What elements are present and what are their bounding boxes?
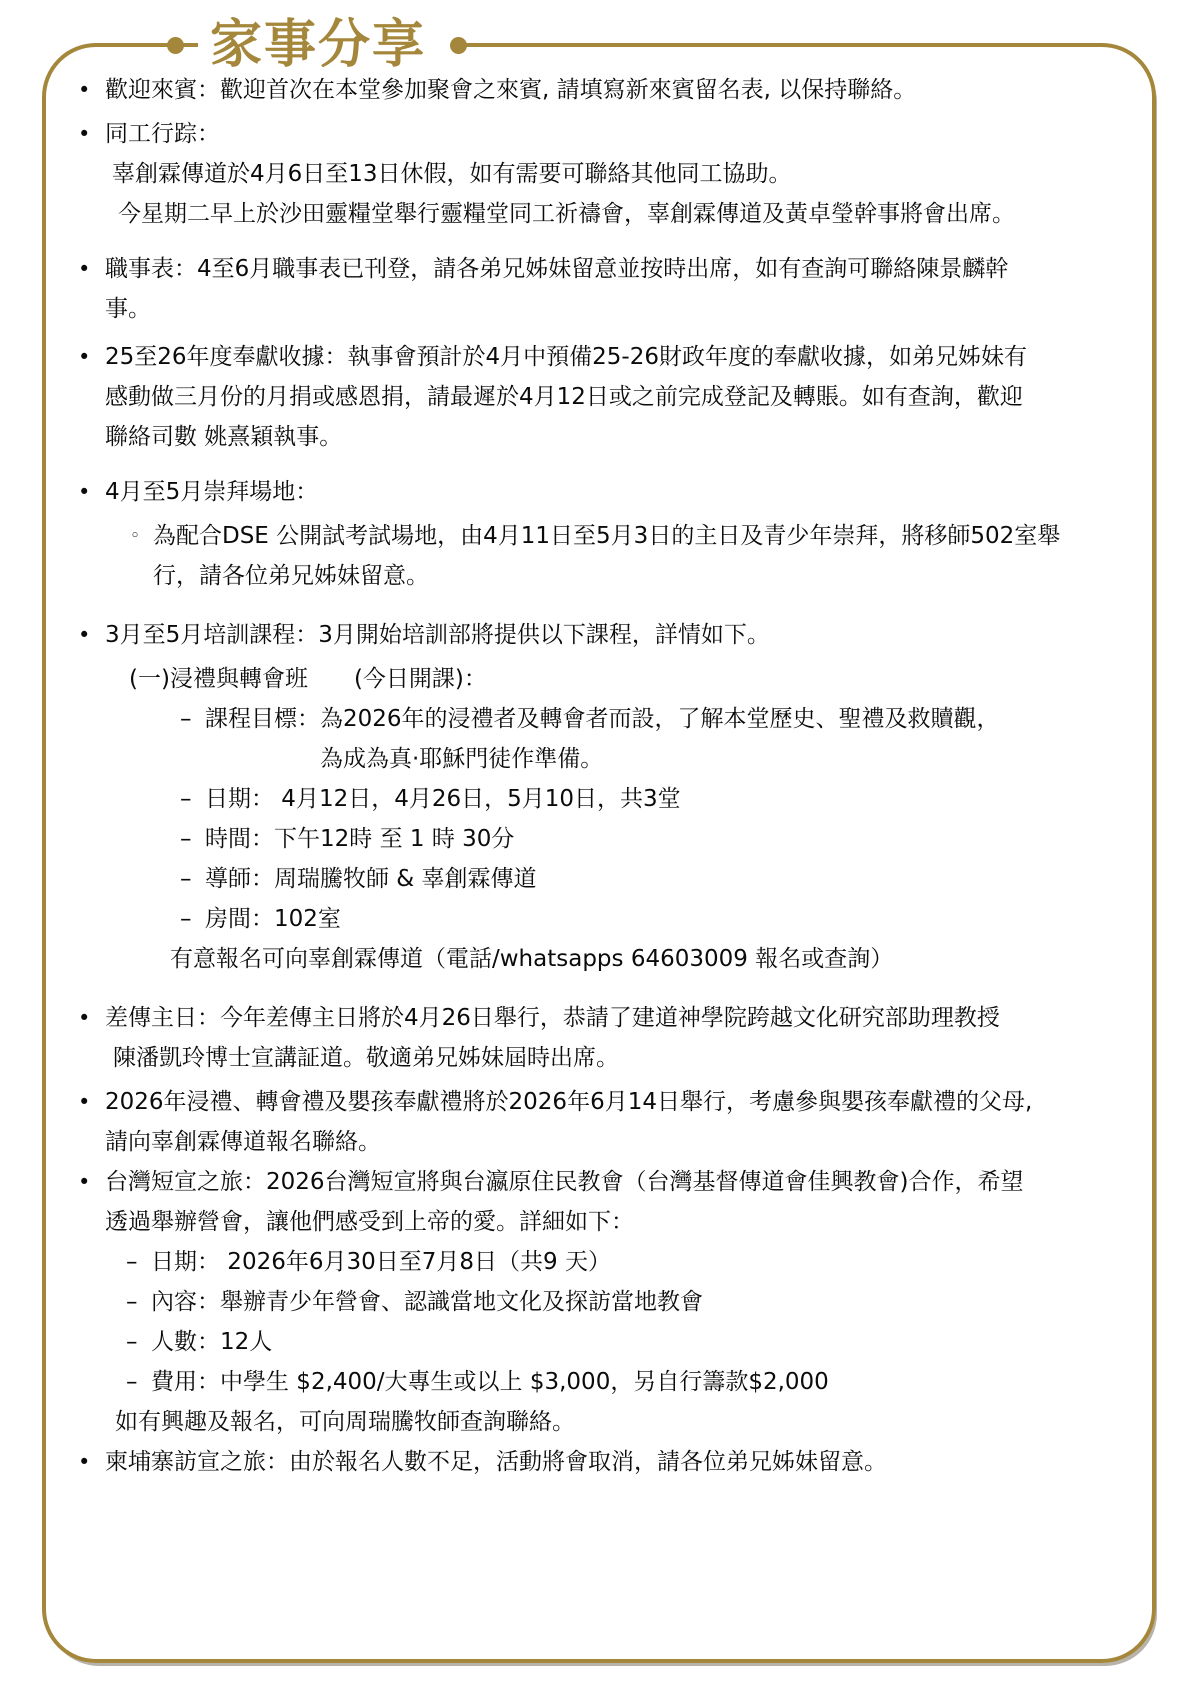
announcement-line: •4月至5月崇拜場地： bbox=[78, 472, 1142, 512]
announcement-text: 課程目標：為2026年的浸禮者及轉會者而設，了解本堂歷史、聖禮及救贖觀， bbox=[205, 699, 1000, 739]
announcement-line: 有意報名可向辜創霖傳道（電話/whatsapps 64603009 報名或查詢） bbox=[170, 939, 1142, 979]
announcement-text: 聯絡司數 姚熹穎執事。 bbox=[105, 417, 342, 457]
announcement-text: 歡迎來賓：歡迎首次在本堂參加聚會之來賓, 請填寫新來賓留名表, 以保持聯絡。 bbox=[105, 70, 916, 110]
announcement-line: •同工行踪： bbox=[78, 114, 1142, 154]
announcement-text: 辜創霖傳道於4月6日至13日休假，如有需要可聯絡其他同工協助。 bbox=[112, 154, 792, 194]
announcement-line: 行，請各位弟兄姊妹留意。 bbox=[153, 556, 1142, 596]
announcement-text: 如有興趣及報名，可向周瑞騰牧師查詢聯絡。 bbox=[115, 1402, 575, 1442]
announcement-text: 25至26年度奉獻收據：執事會預計於4月中預備25-26財政年度的奉獻收據，如弟… bbox=[105, 337, 1027, 377]
announcement-line: –日期： 2026年6月30日至7月8日（共9 天） bbox=[126, 1242, 1142, 1282]
announcement-line: 透過舉辦營會，讓他們感受到上帝的愛。詳細如下： bbox=[105, 1202, 1142, 1242]
announcement-line: 辜創霖傳道於4月6日至13日休假，如有需要可聯絡其他同工協助。 bbox=[112, 154, 1142, 194]
announcement-line: •差傳主日：今年差傳主日將於4月26日舉行，恭請了建道神學院跨越文化研究部助理教… bbox=[78, 998, 1142, 1038]
announcement-text: 行，請各位弟兄姊妹留意。 bbox=[153, 556, 429, 596]
announcement-text: 日期： 2026年6月30日至7月8日（共9 天） bbox=[151, 1242, 611, 1282]
announcement-line: 感動做三月份的月捐或感恩捐，請最遲於4月12日或之前完成登記及轉賬。如有查詢，歡… bbox=[105, 377, 1142, 417]
announcement-line: •2026年浸禮、轉會禮及嬰孩奉獻禮將於2026年6月14日舉行，考慮參與嬰孩奉… bbox=[78, 1082, 1142, 1122]
announcement-text: 為成為真·耶穌門徒作準備。 bbox=[320, 739, 603, 779]
announcement-line: ◦為配合DSE 公開試考試場地，由4月11日至5月3日的主日及青少年崇拜，將移師… bbox=[130, 516, 1142, 556]
announcement-line: 請向辜創霖傳道報名聯絡。 bbox=[105, 1122, 1142, 1162]
announcement-line: –房間：102室 bbox=[180, 899, 1142, 939]
title-divider-dot-left bbox=[167, 37, 184, 54]
announcement-text: 今星期二早上於沙田靈糧堂舉行靈糧堂同工祈禱會，辜創霖傳道及黃卓瑩幹事將會出席。 bbox=[118, 194, 1015, 234]
announcement-line: (一)浸禮與轉會班 (今日開課)： bbox=[129, 659, 1142, 699]
dash-icon: – bbox=[180, 819, 205, 859]
announcement-line: •25至26年度奉獻收據：執事會預計於4月中預備25-26財政年度的奉獻收據，如… bbox=[78, 337, 1142, 377]
announcement-text: 導師：周瑞騰牧師 & 辜創霖傳道 bbox=[205, 859, 537, 899]
announcement-line: –導師：周瑞騰牧師 & 辜創霖傳道 bbox=[180, 859, 1142, 899]
bullet-icon: • bbox=[78, 1162, 105, 1202]
bullet-icon: • bbox=[78, 70, 105, 110]
announcement-line: •歡迎來賓：歡迎首次在本堂參加聚會之來賓, 請填寫新來賓留名表, 以保持聯絡。 bbox=[78, 70, 1142, 110]
dash-icon: – bbox=[126, 1322, 151, 1362]
announcement-text: 事。 bbox=[105, 289, 151, 329]
dash-icon: – bbox=[180, 779, 205, 819]
bullet-icon: • bbox=[78, 1442, 105, 1482]
dash-icon: – bbox=[126, 1362, 151, 1402]
announcement-text: 有意報名可向辜創霖傳道（電話/whatsapps 64603009 報名或查詢） bbox=[170, 939, 893, 979]
announcement-line: •台灣短宣之旅：2026台灣短宣將與台瀛原住民教會（台灣基督傳道會佳興教會)合作… bbox=[78, 1162, 1142, 1202]
announcement-line: 陳潘凱玲博士宣講証道。敬適弟兄姊妹屆時出席。 bbox=[113, 1038, 1142, 1078]
announcement-line: 事。 bbox=[105, 289, 1142, 329]
title-divider-dot-right bbox=[450, 37, 467, 54]
announcement-line: 今星期二早上於沙田靈糧堂舉行靈糧堂同工祈禱會，辜創霖傳道及黃卓瑩幹事將會出席。 bbox=[118, 194, 1142, 234]
dash-icon: – bbox=[180, 859, 205, 899]
announcement-text: 台灣短宣之旅：2026台灣短宣將與台瀛原住民教會（台灣基督傳道會佳興教會)合作，… bbox=[105, 1162, 1024, 1202]
announcement-line: –日期： 4月12日，4月26日，5月10日，共3堂 bbox=[180, 779, 1142, 819]
announcement-text: 陳潘凱玲博士宣講証道。敬適弟兄姊妹屆時出席。 bbox=[113, 1038, 619, 1078]
announcement-list: •歡迎來賓：歡迎首次在本堂參加聚會之來賓, 請填寫新來賓留名表, 以保持聯絡。•… bbox=[78, 70, 1142, 1482]
announcement-text: 感動做三月份的月捐或感恩捐，請最遲於4月12日或之前完成登記及轉賬。如有查詢，歡… bbox=[105, 377, 1023, 417]
announcement-text: 請向辜創霖傳道報名聯絡。 bbox=[105, 1122, 381, 1162]
bullet-icon: • bbox=[78, 114, 105, 154]
announcement-line: –內容：舉辦青少年營會、認識當地文化及探訪當地教會 bbox=[126, 1282, 1142, 1322]
announcement-text: (一)浸禮與轉會班 (今日開課)： bbox=[129, 659, 487, 699]
church-announcement-page: 家事分享 •歡迎來賓：歡迎首次在本堂參加聚會之來賓, 請填寫新來賓留名表, 以保… bbox=[0, 0, 1200, 1697]
circle-icon: ◦ bbox=[130, 516, 153, 556]
announcement-text: 透過舉辦營會，讓他們感受到上帝的愛。詳細如下： bbox=[105, 1202, 634, 1242]
announcement-text: 內容：舉辦青少年營會、認識當地文化及探訪當地教會 bbox=[151, 1282, 703, 1322]
announcement-text: 人數：12人 bbox=[151, 1322, 272, 1362]
announcement-line: –人數：12人 bbox=[126, 1322, 1142, 1362]
announcement-text: 差傳主日：今年差傳主日將於4月26日舉行，恭請了建道神學院跨越文化研究部助理教授 bbox=[105, 998, 1000, 1038]
announcement-line: 如有興趣及報名，可向周瑞騰牧師查詢聯絡。 bbox=[115, 1402, 1142, 1442]
announcement-text: 房間：102室 bbox=[205, 899, 341, 939]
bullet-icon: • bbox=[78, 337, 105, 377]
dash-icon: – bbox=[126, 1242, 151, 1282]
announcement-text: 職事表：4至6月職事表已刊登，請各弟兄姊妹留意並按時出席，如有查詢可聯絡陳景麟幹 bbox=[105, 249, 1008, 289]
bullet-icon: • bbox=[78, 615, 105, 655]
announcement-text: 4月至5月崇拜場地： bbox=[105, 472, 318, 512]
announcement-text: 日期： 4月12日，4月26日，5月10日，共3堂 bbox=[205, 779, 681, 819]
announcement-line: –課程目標：為2026年的浸禮者及轉會者而設，了解本堂歷史、聖禮及救贖觀， bbox=[180, 699, 1142, 739]
announcement-line: –費用：中學生 $2,400/大專生或以上 $3,000，另自行籌款$2,000 bbox=[126, 1362, 1142, 1402]
dash-icon: – bbox=[126, 1282, 151, 1322]
announcement-text: 2026年浸禮、轉會禮及嬰孩奉獻禮將於2026年6月14日舉行，考慮參與嬰孩奉獻… bbox=[105, 1082, 1032, 1122]
dash-icon: – bbox=[180, 899, 205, 939]
announcement-text: 同工行踪： bbox=[105, 114, 220, 154]
page-title: 家事分享 bbox=[210, 2, 426, 77]
announcement-line: –時間：下午12時 至 1 時 30分 bbox=[180, 819, 1142, 859]
announcement-text: 柬埔寨訪宣之旅：由於報名人數不足，活動將會取消，請各位弟兄姊妹留意。 bbox=[105, 1442, 887, 1482]
announcement-text: 為配合DSE 公開試考試場地，由4月11日至5月3日的主日及青少年崇拜，將移師5… bbox=[153, 516, 1060, 556]
announcement-text: 費用：中學生 $2,400/大專生或以上 $3,000，另自行籌款$2,000 bbox=[151, 1362, 829, 1402]
bullet-icon: • bbox=[78, 249, 105, 289]
announcement-line: •柬埔寨訪宣之旅：由於報名人數不足，活動將會取消，請各位弟兄姊妹留意。 bbox=[78, 1442, 1142, 1482]
announcement-line: •職事表：4至6月職事表已刊登，請各弟兄姊妹留意並按時出席，如有查詢可聯絡陳景麟… bbox=[78, 249, 1142, 289]
bullet-icon: • bbox=[78, 1082, 105, 1122]
announcement-line: 聯絡司數 姚熹穎執事。 bbox=[105, 417, 1142, 457]
bullet-icon: • bbox=[78, 998, 105, 1038]
announcement-text: 時間：下午12時 至 1 時 30分 bbox=[205, 819, 514, 859]
bullet-icon: • bbox=[78, 472, 105, 512]
dash-icon: – bbox=[180, 699, 205, 739]
announcement-line: 為成為真·耶穌門徒作準備。 bbox=[320, 739, 1142, 779]
announcement-text: 3月至5月培訓課程：3月開始培訓部將提供以下課程，詳情如下。 bbox=[105, 615, 770, 655]
announcement-line: •3月至5月培訓課程：3月開始培訓部將提供以下課程，詳情如下。 bbox=[78, 615, 1142, 655]
